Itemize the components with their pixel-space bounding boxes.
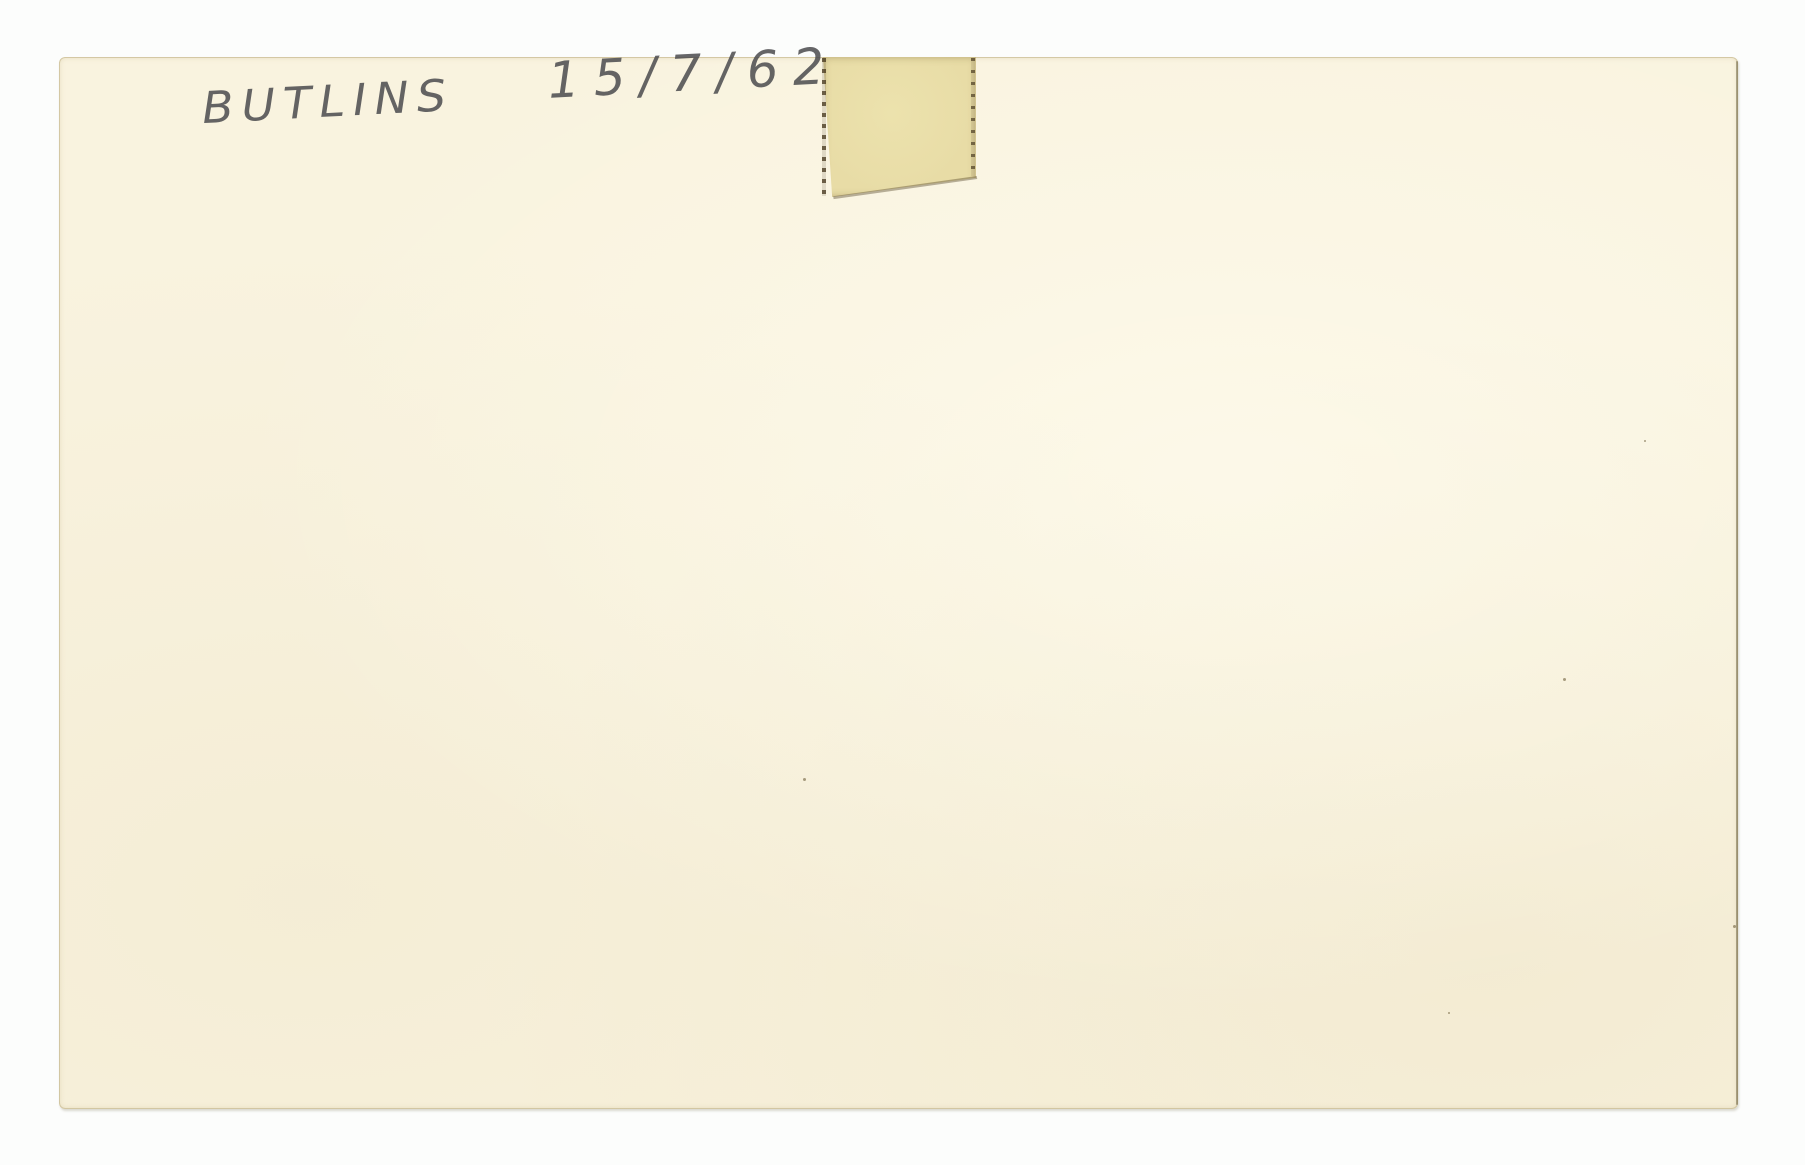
paper-speck xyxy=(1448,1012,1450,1014)
inscription-date: 15/7/62 xyxy=(546,37,839,110)
paper-speck xyxy=(1563,678,1566,681)
paper-speck xyxy=(1733,925,1736,928)
paper-speck xyxy=(803,778,806,781)
photo-card-back xyxy=(59,57,1738,1109)
paper-speck xyxy=(1644,440,1646,442)
inscription-place: BUTLINS xyxy=(201,69,455,133)
scan-background: BUTLINS 15/7/62 xyxy=(0,0,1805,1165)
adhesive-tape-remnant xyxy=(823,57,976,197)
tape-torn-edge-left xyxy=(822,58,826,196)
tape-torn-edge-right xyxy=(971,58,975,176)
